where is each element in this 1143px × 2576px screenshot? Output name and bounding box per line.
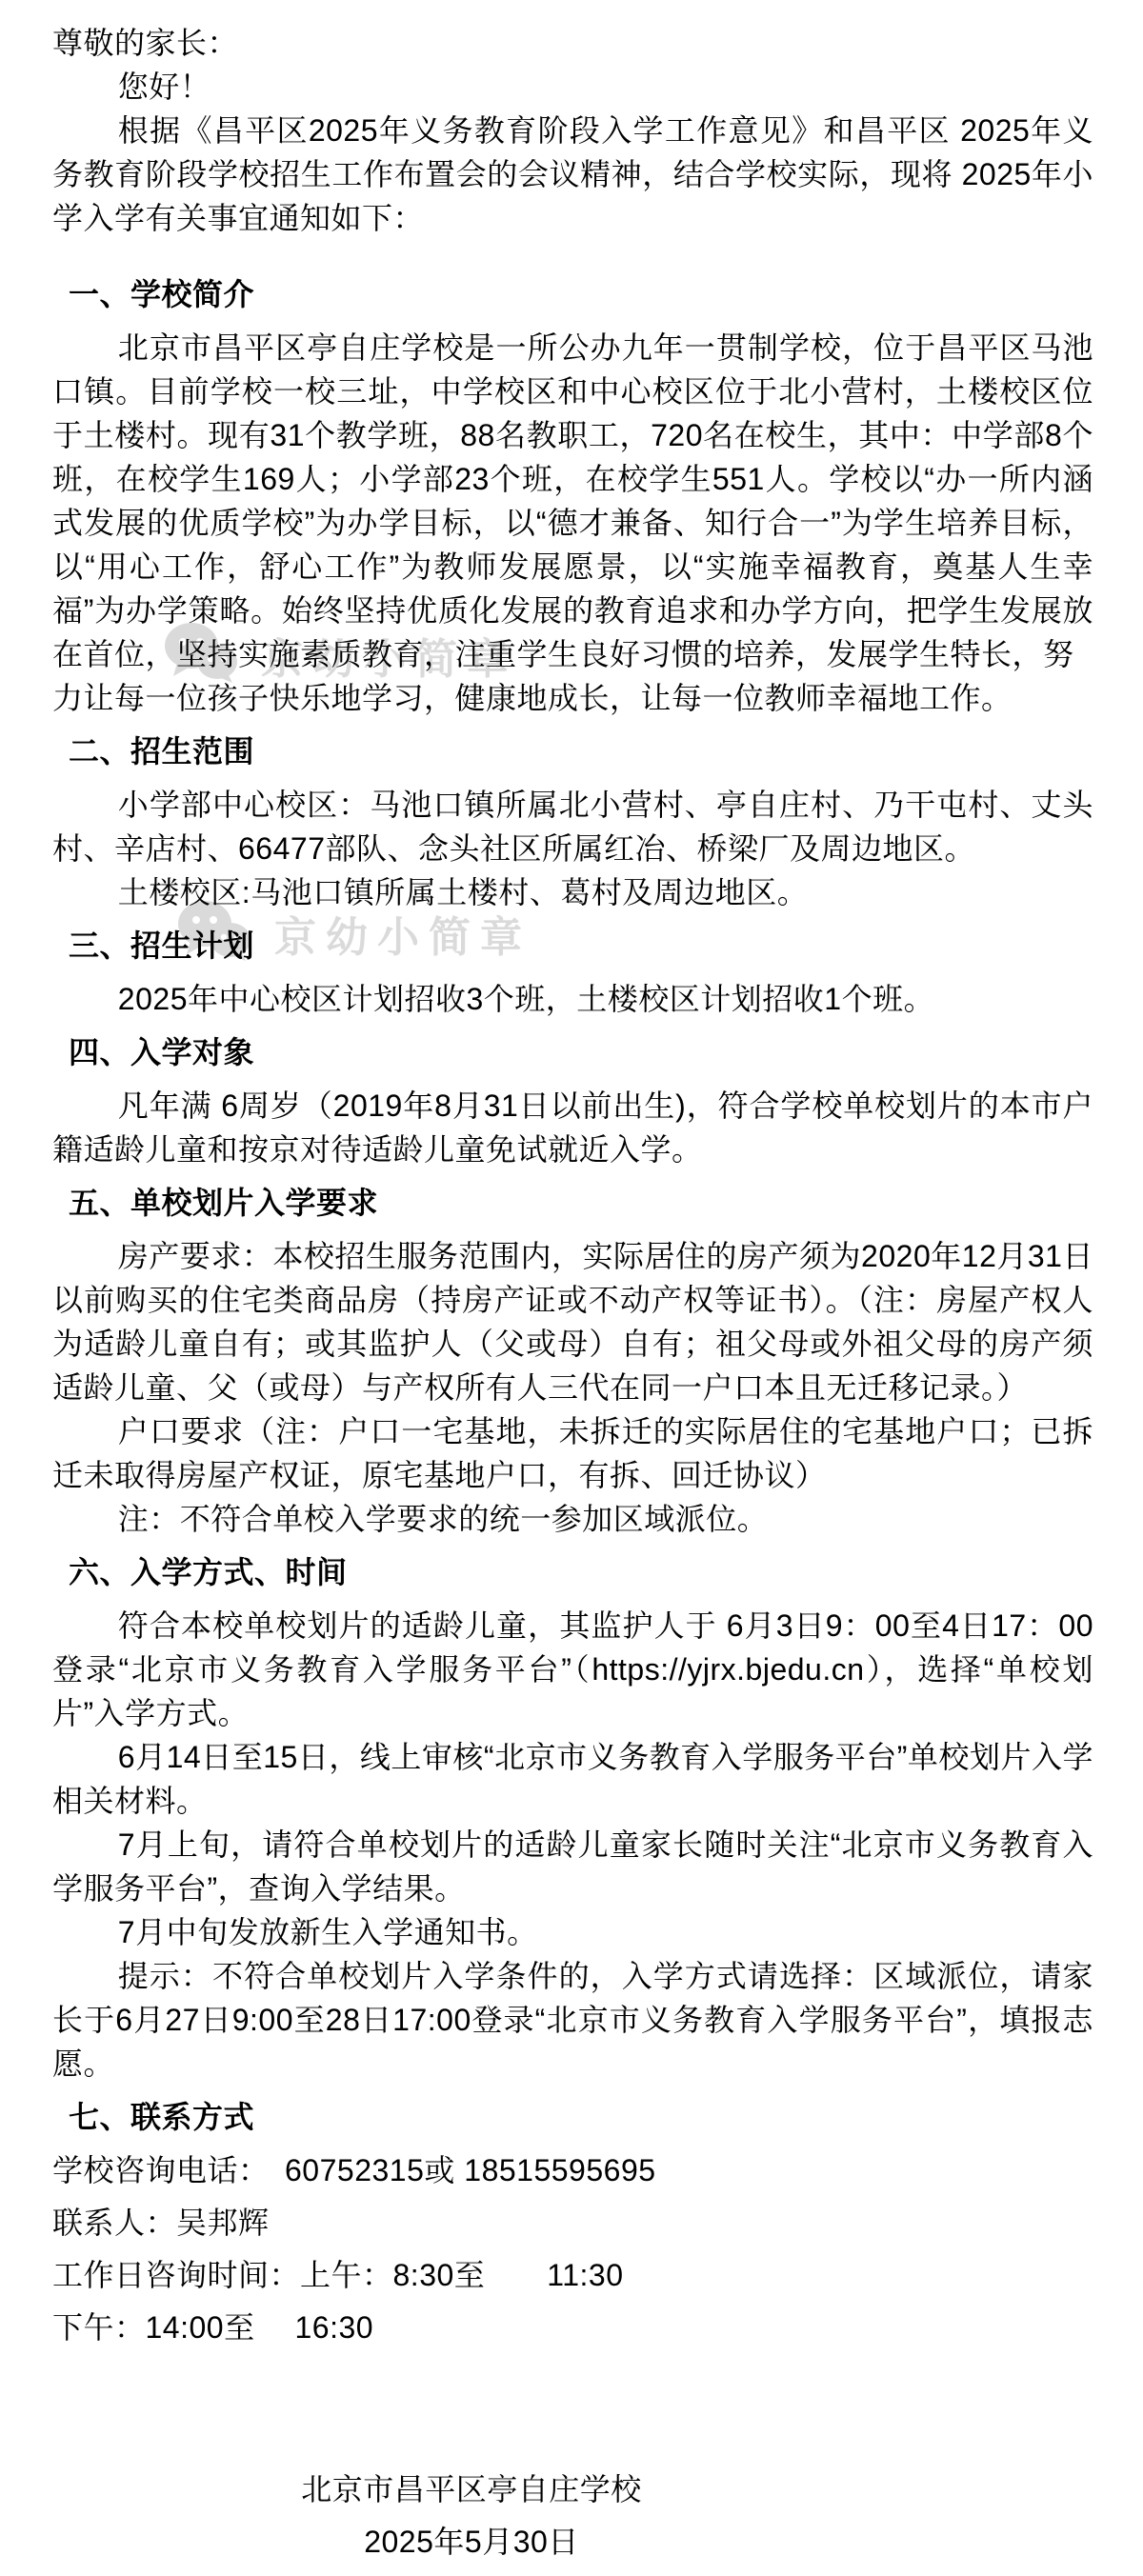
contact-person-line: 联系人：吴邦辉 — [52, 2201, 1093, 2245]
section-title-contact: 七、联系方式 — [69, 2095, 1093, 2139]
signature-block: 北京市昌平区亭自庄学校 2025年5月30日 — [52, 2464, 891, 2568]
district-placement-tip-paragraph: 提示：不符合单校划片入学条件的，入学方式请选择：区域派位，请家长于6月27日9:… — [52, 1954, 1093, 2086]
salutation-line: 尊敬的家长： — [52, 21, 1093, 65]
hukou-requirement-paragraph: 户口要求（注：户口一宅基地，未拆迁的实际居住的宅基地户口；已拆迁未取得房屋产权证… — [52, 1409, 1093, 1497]
section-title-enrollment-plan: 三、招生计划 — [69, 924, 1093, 968]
registration-window-paragraph: 符合本校单校划片的适龄儿童，其监护人于 6月3日9：00至4日17：00登录“北… — [52, 1604, 1093, 1735]
intro-paragraph: 根据《昌平区2025年义务教育阶段入学工作意见》和昌平区 2025年义务教育阶段… — [52, 109, 1093, 240]
school-profile-paragraph-cont: 力让每一位孩子快乐地学习，健康地成长，让每一位教师幸福地工作。 — [52, 676, 1093, 720]
school-profile-paragraph: 北京市昌平区亭自庄学校是一所公办九年一贯制学校，位于昌平区马池口镇。目前学校一校… — [52, 326, 1093, 676]
contact-hours-morning-line: 工作日咨询时间：上午：8:30至 11:30 — [52, 2253, 1093, 2297]
tulou-campus-scope-paragraph: 土楼校区:马池口镇所属土楼村、葛村及周边地区。 — [52, 870, 1093, 914]
section-title-school-profile: 一、学校简介 — [69, 272, 1093, 316]
central-campus-scope-paragraph: 小学部中心校区：马池口镇所属北小营村、亭自庄村、乃干屯村、丈头村、辛店村、664… — [52, 783, 1093, 870]
enrollment-plan-paragraph: 2025年中心校区计划招收3个班，土楼校区计划招收1个班。 — [52, 977, 1093, 1021]
result-check-paragraph: 7月上旬，请符合单校划片的适龄儿童家长随时关注“北京市义务教育入学服务平台”，查… — [52, 1823, 1093, 1910]
notice-document: 尊敬的家长： 您好！ 根据《昌平区2025年义务教育阶段入学工作意见》和昌平区 … — [0, 0, 1143, 2568]
section-title-enrollment-scope: 二、招生范围 — [69, 729, 1093, 773]
section-title-enrollment-method-time: 六、入学方式、时间 — [69, 1550, 1093, 1594]
greeting-line: 您好！ — [52, 65, 1093, 109]
signature-school-name: 北京市昌平区亭自庄学校 — [52, 2464, 891, 2516]
contact-block: 学校咨询电话： 60752315或 18515595695 联系人：吴邦辉 工作… — [52, 2148, 1093, 2349]
section-title-eligible-students: 四、入学对象 — [69, 1030, 1093, 1074]
contact-phone-line: 学校咨询电话： 60752315或 18515595695 — [52, 2148, 1093, 2192]
signature-date: 2025年5月30日 — [52, 2516, 891, 2568]
contact-hours-afternoon-line: 下午：14:00至 16:30 — [52, 2306, 1093, 2349]
requirement-note-paragraph: 注：不符合单校入学要求的统一参加区域派位。 — [52, 1497, 1093, 1541]
online-review-paragraph: 6月14日至15日，线上审核“北京市义务教育入学服务平台”单校划片入学相关材料。 — [52, 1735, 1093, 1823]
eligible-students-paragraph: 凡年满 6周岁（2019年8月31日以前出生)，符合学校单校划片的本市户籍适龄儿… — [52, 1084, 1093, 1171]
admission-letter-paragraph: 7月中旬发放新生入学通知书。 — [52, 1910, 1093, 1954]
section-title-single-school-requirements: 五、单校划片入学要求 — [69, 1181, 1093, 1225]
property-requirement-paragraph: 房产要求：本校招生服务范围内，实际居住的房产须为2020年12月31日以前购买的… — [52, 1234, 1093, 1409]
